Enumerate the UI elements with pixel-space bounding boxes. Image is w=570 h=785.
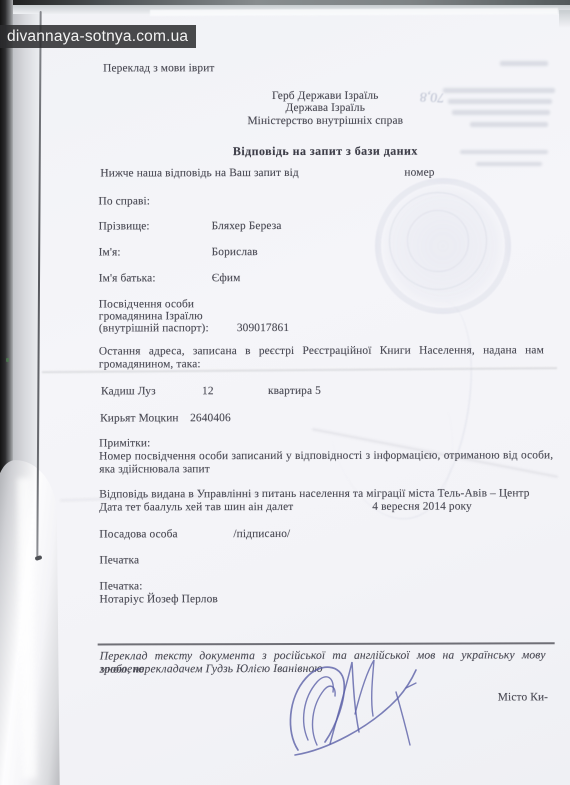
- case-label: По справі:: [98, 195, 150, 207]
- id-label-line3: (внутрішній паспорт):: [99, 323, 209, 335]
- request-number-label: номер: [404, 167, 434, 179]
- issuer-header-line3: Міністерство внутрішніх справ: [96, 114, 554, 127]
- apartment-value: квартира 5: [268, 385, 321, 397]
- issuer-header: Герб Держави Ізраїль Держава Ізраїль Мін…: [96, 89, 554, 127]
- id-label-line1: Посвідчення особи: [99, 298, 209, 310]
- house-number-value: 12: [202, 385, 214, 397]
- id-label-line2: громадянина Ізраїлю: [99, 310, 209, 322]
- id-label: Посвідчення особи громадянина Ізраїлю (в…: [99, 298, 209, 335]
- notes-label: Примітки:: [99, 437, 150, 449]
- notes-line1: Номер посвідчення особи записаний у відп…: [99, 449, 553, 462]
- intro-line: Нижче наша відповідь на Ваш запит від: [100, 167, 298, 180]
- separator-line: [98, 642, 555, 645]
- issue-date-value: 4 вересня 2014 року: [372, 501, 472, 513]
- name-label: Ім'я:: [99, 246, 121, 258]
- watermark-badge: divannaya-sotnya.com.ua: [0, 25, 196, 48]
- surname-label: Прізвище:: [99, 220, 150, 232]
- notary-name: Нотаріус Йозеф Перлов: [100, 593, 218, 605]
- father-name-label: Ім'я батька:: [99, 272, 156, 284]
- stamp-label-1: Печатка: [99, 554, 139, 566]
- signed-note: /підписано/: [233, 528, 290, 540]
- hebrew-date-line: Дата тет баалуль хей тав шин аін далет: [99, 501, 293, 514]
- city-value: Кирьят Моцкин: [100, 412, 179, 424]
- name-value: Борислав: [212, 246, 258, 258]
- official-label: Посадова особа: [99, 528, 177, 540]
- street-value: Кадиш Луз: [101, 385, 156, 397]
- notes-line2: яка здійснювала запит: [99, 463, 210, 475]
- stamp-label-2: Печатка:: [99, 580, 142, 592]
- translation-note: Переклад з мови іврит: [103, 62, 214, 74]
- issuer-header-line1: Герб Держави Ізраїль: [96, 89, 554, 102]
- id-number-value: 309017861: [237, 322, 289, 334]
- document-title: Відповідь на запит з бази даних: [96, 143, 554, 159]
- surname-value: Бляхер Береза: [212, 220, 282, 232]
- address-intro-line2: громадянином, така:: [99, 358, 201, 370]
- city-note: Місто Ки-: [498, 691, 548, 703]
- address-intro-line1: Остання адреса, записана в реєстрі Реєст…: [99, 344, 544, 357]
- scan-artifact-speck: [6, 358, 9, 362]
- issuing-office-line: Відповідь видана в Управлінні з питань н…: [99, 487, 529, 500]
- scan-corner-shadow: [559, 10, 570, 28]
- postal-code-value: 2640406: [190, 412, 231, 424]
- father-name-value: Єфим: [212, 272, 241, 284]
- issuer-header-line2: Держава Ізраїль: [96, 102, 554, 115]
- scanned-document: 70,8 Переклад з мови іврит Герб Держави …: [0, 0, 570, 785]
- handwritten-signature: [278, 650, 438, 765]
